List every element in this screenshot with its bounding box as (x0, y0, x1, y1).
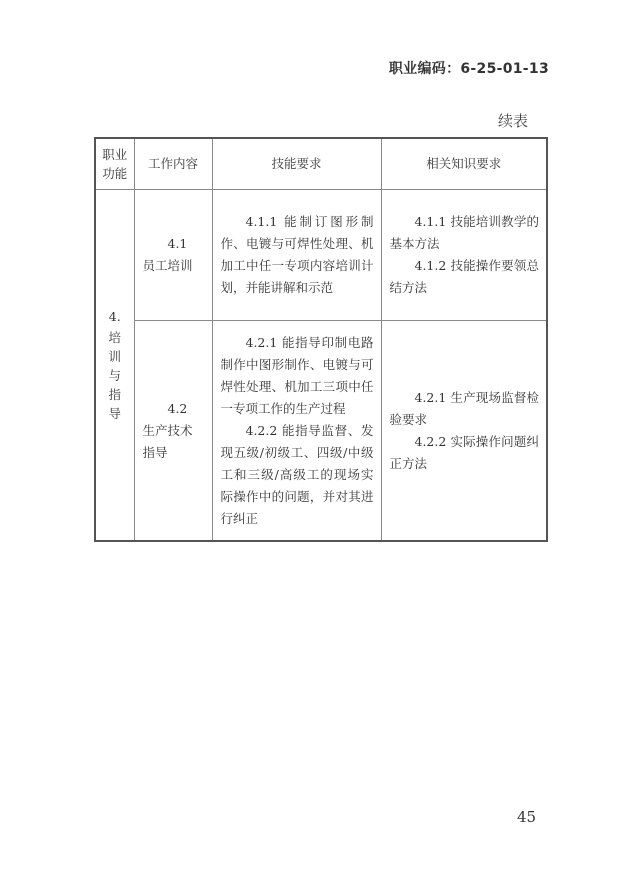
knowledge-item: 4.1.2 技能操作要领总结方法 (390, 255, 540, 299)
column-header-work-content: 工作内容 (134, 138, 212, 190)
continued-table-label: 续表 (498, 110, 528, 131)
skill-item: 4.1.1 能制订图形制作、电镀与可焊性处理、机加工中任一专项内容培训计划，并能… (221, 211, 374, 299)
knowledge-cell: 4.2.1 生产现场监督检验要求 4.2.2 实际操作问题纠正方法 (381, 321, 547, 542)
column-header-function: 职业功能 (95, 138, 134, 190)
skill-cell: 4.1.1 能制订图形制作、电镀与可焊性处理、机加工中任一专项内容培训计划，并能… (212, 190, 381, 321)
skills-requirement-table: 职业功能 工作内容 技能要求 相关知识要求 4. 培训与指导 4.1 员工培训 … (94, 137, 548, 542)
table-header-row: 职业功能 工作内容 技能要求 相关知识要求 (95, 138, 547, 190)
function-number: 4. (100, 306, 130, 328)
work-content-cell: 4.1 员工培训 (134, 190, 212, 321)
knowledge-item: 4.1.1 技能培训教学的基本方法 (390, 211, 540, 255)
knowledge-item: 4.2.2 实际操作问题纠正方法 (390, 431, 540, 475)
knowledge-item: 4.2.1 生产现场监督检验要求 (390, 387, 540, 431)
skill-cell: 4.2.1 能指导印制电路制作中图形制作、电镀与可焊性处理、机加工三项中任一专项… (212, 321, 381, 542)
skill-item: 4.2.2 能指导监督、发现五级/初级工、四级/中级工和三级/高级工的现场实际操… (221, 420, 374, 530)
skill-item: 4.2.1 能指导印制电路制作中图形制作、电镀与可焊性处理、机加工三项中任一专项… (221, 332, 374, 420)
table-row: 4.2 生产技术指导 4.2.1 能指导印制电路制作中图形制作、电镀与可焊性处理… (95, 321, 547, 542)
function-cell: 4. 培训与指导 (95, 190, 134, 542)
occupation-code: 职业编码：6-25-01-13 (389, 58, 549, 78)
column-header-skill-requirements: 技能要求 (212, 138, 381, 190)
column-header-knowledge-requirements: 相关知识要求 (381, 138, 547, 190)
table-row: 4. 培训与指导 4.1 员工培训 4.1.1 能制订图形制作、电镀与可焊性处理… (95, 190, 547, 321)
page-number: 45 (517, 808, 536, 826)
work-content-cell: 4.2 生产技术指导 (134, 321, 212, 542)
function-name: 培训与指导 (108, 328, 122, 423)
knowledge-cell: 4.1.1 技能培训教学的基本方法 4.1.2 技能操作要领总结方法 (381, 190, 547, 321)
